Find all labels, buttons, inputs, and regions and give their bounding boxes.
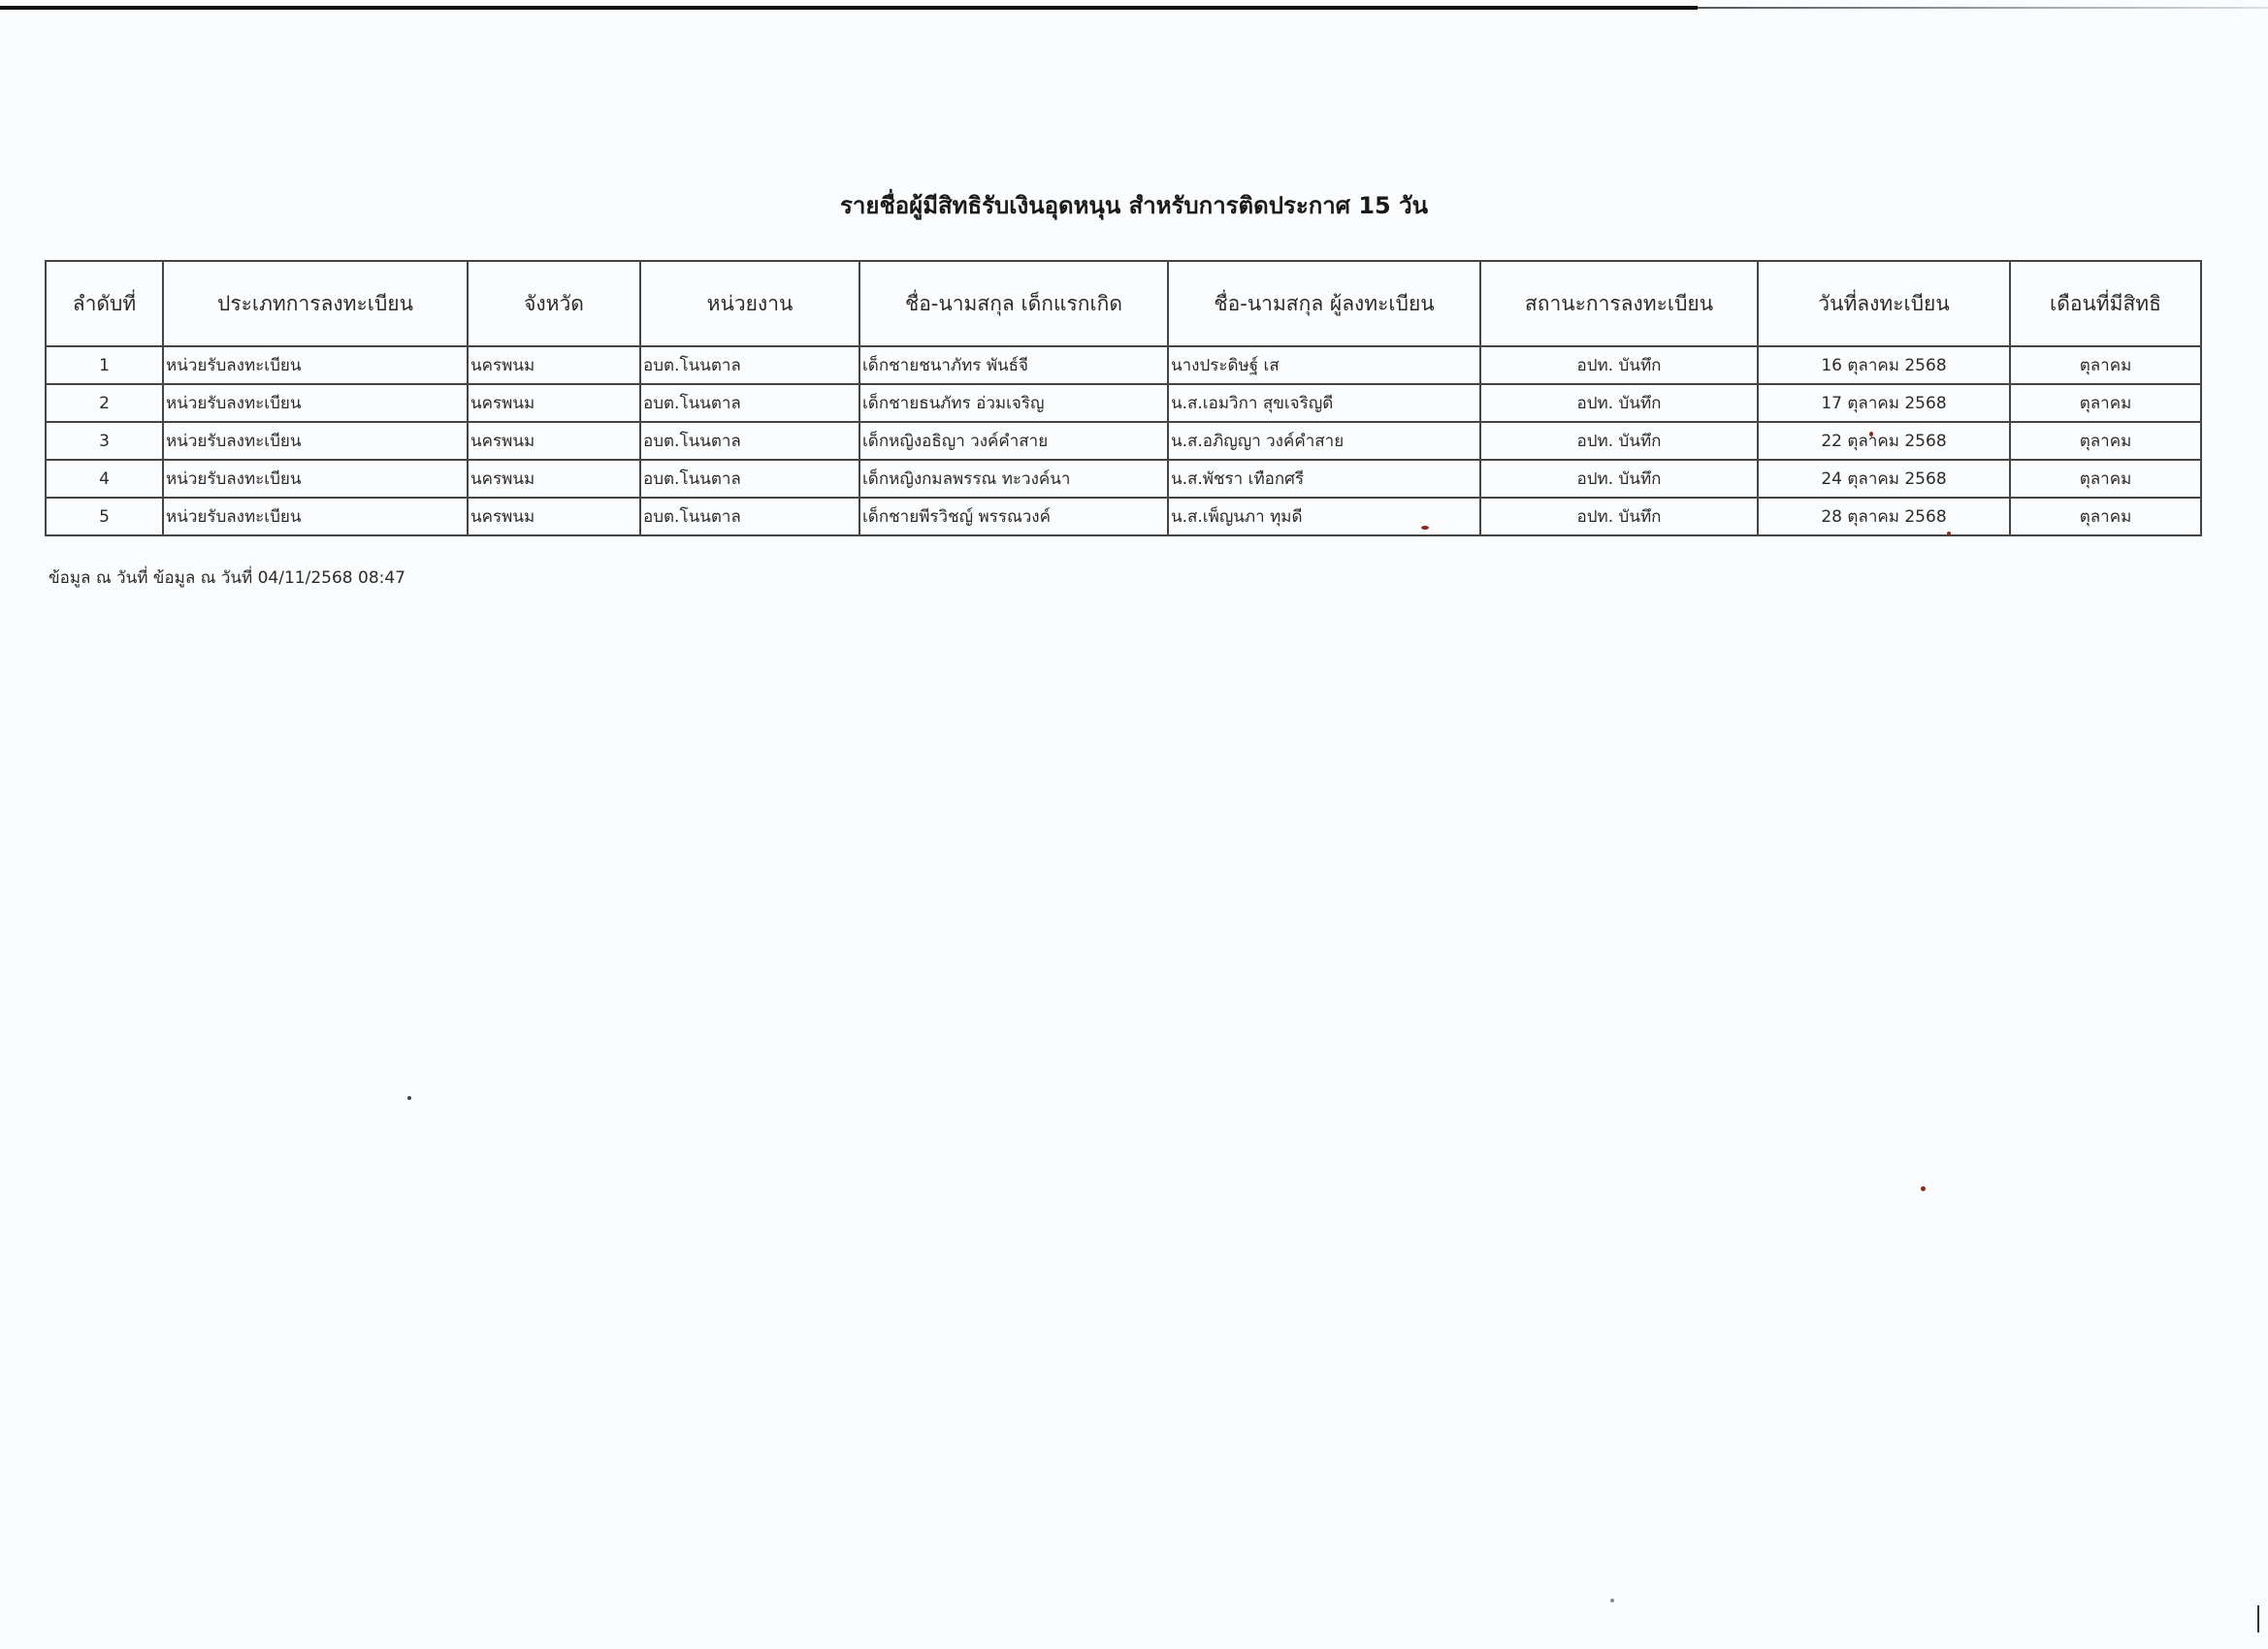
- cell-no: 4: [46, 460, 163, 498]
- cell-no: 2: [46, 384, 163, 422]
- scan-speck: [1921, 1186, 1926, 1191]
- cell-registration-type: หน่วยรับลงทะเบียน: [163, 498, 468, 535]
- cell-status: อปท. บันทึก: [1480, 384, 1758, 422]
- table-header-row: ลำดับที่ ประเภทการลงทะเบียน จังหวัด หน่ว…: [46, 261, 2201, 346]
- header-registration-type: ประเภทการลงทะเบียน: [163, 261, 468, 346]
- cell-province: นครพนม: [468, 498, 640, 535]
- cell-registrant-name: น.ส.เอมวิกา สุขเจริญดี: [1168, 384, 1480, 422]
- cell-no: 3: [46, 422, 163, 460]
- cell-registration-type: หน่วยรับลงทะเบียน: [163, 460, 468, 498]
- cell-child-name: เด็กชายพีรวิชญ์ พรรณวงค์: [859, 498, 1168, 535]
- cell-agency: อบต.โนนตาล: [640, 422, 859, 460]
- cell-status: อปท. บันทึก: [1480, 422, 1758, 460]
- cell-registration-type: หน่วยรับลงทะเบียน: [163, 384, 468, 422]
- cell-province: นครพนม: [468, 384, 640, 422]
- document-title: รายชื่อผู้มีสิทธิรับเงินอุดหนุน สำหรับกา…: [0, 186, 2268, 224]
- table-row: 5 หน่วยรับลงทะเบียน นครพนม อบต.โนนตาล เด…: [46, 498, 2201, 535]
- scan-speck: [1610, 1599, 1614, 1602]
- cell-registrant-name: น.ส.เพ็ญนภา ทุมดี: [1168, 498, 1480, 535]
- cell-registrant-name: น.ส.อภิญญา วงค์คำสาย: [1168, 422, 1480, 460]
- cell-registration-type: หน่วยรับลงทะเบียน: [163, 346, 468, 384]
- cell-agency: อบต.โนนตาล: [640, 346, 859, 384]
- cell-child-name: เด็กหญิงกมลพรรณ ทะวงค์นา: [859, 460, 1168, 498]
- cell-child-name: เด็กชายชนาภัทร พันธ์จี: [859, 346, 1168, 384]
- cell-province: นครพนม: [468, 460, 640, 498]
- cell-child-name: เด็กหญิงอธิญา วงค์คำสาย: [859, 422, 1168, 460]
- cell-agency: อบต.โนนตาล: [640, 384, 859, 422]
- cell-registration-date: 17 ตุลาคม 2568: [1758, 384, 2010, 422]
- header-status: สถานะการลงทะเบียน: [1480, 261, 1758, 346]
- cell-registration-date: 24 ตุลาคม 2568: [1758, 460, 2010, 498]
- cell-eligible-month: ตุลาคม: [2010, 460, 2201, 498]
- cell-child-name: เด็กชายธนภัทร อ่วมเจริญ: [859, 384, 1168, 422]
- cell-agency: อบต.โนนตาล: [640, 460, 859, 498]
- table-row: 4 หน่วยรับลงทะเบียน นครพนม อบต.โนนตาล เด…: [46, 460, 2201, 498]
- header-no: ลำดับที่: [46, 261, 163, 346]
- cell-agency: อบต.โนนตาล: [640, 498, 859, 535]
- cell-registration-date: 16 ตุลาคม 2568: [1758, 346, 2010, 384]
- header-eligible-month: เดือนที่มีสิทธิ: [2010, 261, 2201, 346]
- scan-speck: [407, 1096, 411, 1100]
- cell-registration-date: 22 ตุลาคม 2568: [1758, 422, 2010, 460]
- cell-eligible-month: ตุลาคม: [2010, 384, 2201, 422]
- header-agency: หน่วยงาน: [640, 261, 859, 346]
- header-registration-date: วันที่ลงทะเบียน: [1758, 261, 2010, 346]
- cell-province: นครพนม: [468, 422, 640, 460]
- data-timestamp-note: ข้อมูล ณ วันที่ ข้อมูล ณ วันที่ 04/11/25…: [49, 565, 405, 591]
- cell-status: อปท. บันทึก: [1480, 498, 1758, 535]
- table-row: 1 หน่วยรับลงทะเบียน นครพนม อบต.โนนตาล เด…: [46, 346, 2201, 384]
- scan-edge-mark: [2257, 1605, 2259, 1633]
- cell-no: 1: [46, 346, 163, 384]
- header-child-name: ชื่อ-นามสกุล เด็กแรกเกิด: [859, 261, 1168, 346]
- cell-registration-type: หน่วยรับลงทะเบียน: [163, 422, 468, 460]
- header-registrant-name: ชื่อ-นามสกุล ผู้ลงทะเบียน: [1168, 261, 1480, 346]
- table-row: 3 หน่วยรับลงทะเบียน นครพนม อบต.โนนตาล เด…: [46, 422, 2201, 460]
- scan-speck: [1869, 432, 1873, 436]
- cell-registrant-name: นางประดิษฐ์ เส: [1168, 346, 1480, 384]
- cell-registration-date: 28 ตุลาคม 2568: [1758, 498, 2010, 535]
- cell-registrant-name: น.ส.พัชรา เทือกศรี: [1168, 460, 1480, 498]
- scan-edge-top-fade: [1698, 7, 2268, 9]
- cell-province: นครพนม: [468, 346, 640, 384]
- table-row: 2 หน่วยรับลงทะเบียน นครพนม อบต.โนนตาล เด…: [46, 384, 2201, 422]
- cell-eligible-month: ตุลาคม: [2010, 498, 2201, 535]
- scan-speck: [1421, 526, 1429, 530]
- cell-eligible-month: ตุลาคม: [2010, 346, 2201, 384]
- cell-status: อปท. บันทึก: [1480, 346, 1758, 384]
- scan-edge-top: [0, 6, 1698, 10]
- scan-speck: [1947, 532, 1951, 535]
- registrant-table: ลำดับที่ ประเภทการลงทะเบียน จังหวัด หน่ว…: [45, 260, 2202, 536]
- cell-eligible-month: ตุลาคม: [2010, 422, 2201, 460]
- cell-no: 5: [46, 498, 163, 535]
- header-province: จังหวัด: [468, 261, 640, 346]
- cell-status: อปท. บันทึก: [1480, 460, 1758, 498]
